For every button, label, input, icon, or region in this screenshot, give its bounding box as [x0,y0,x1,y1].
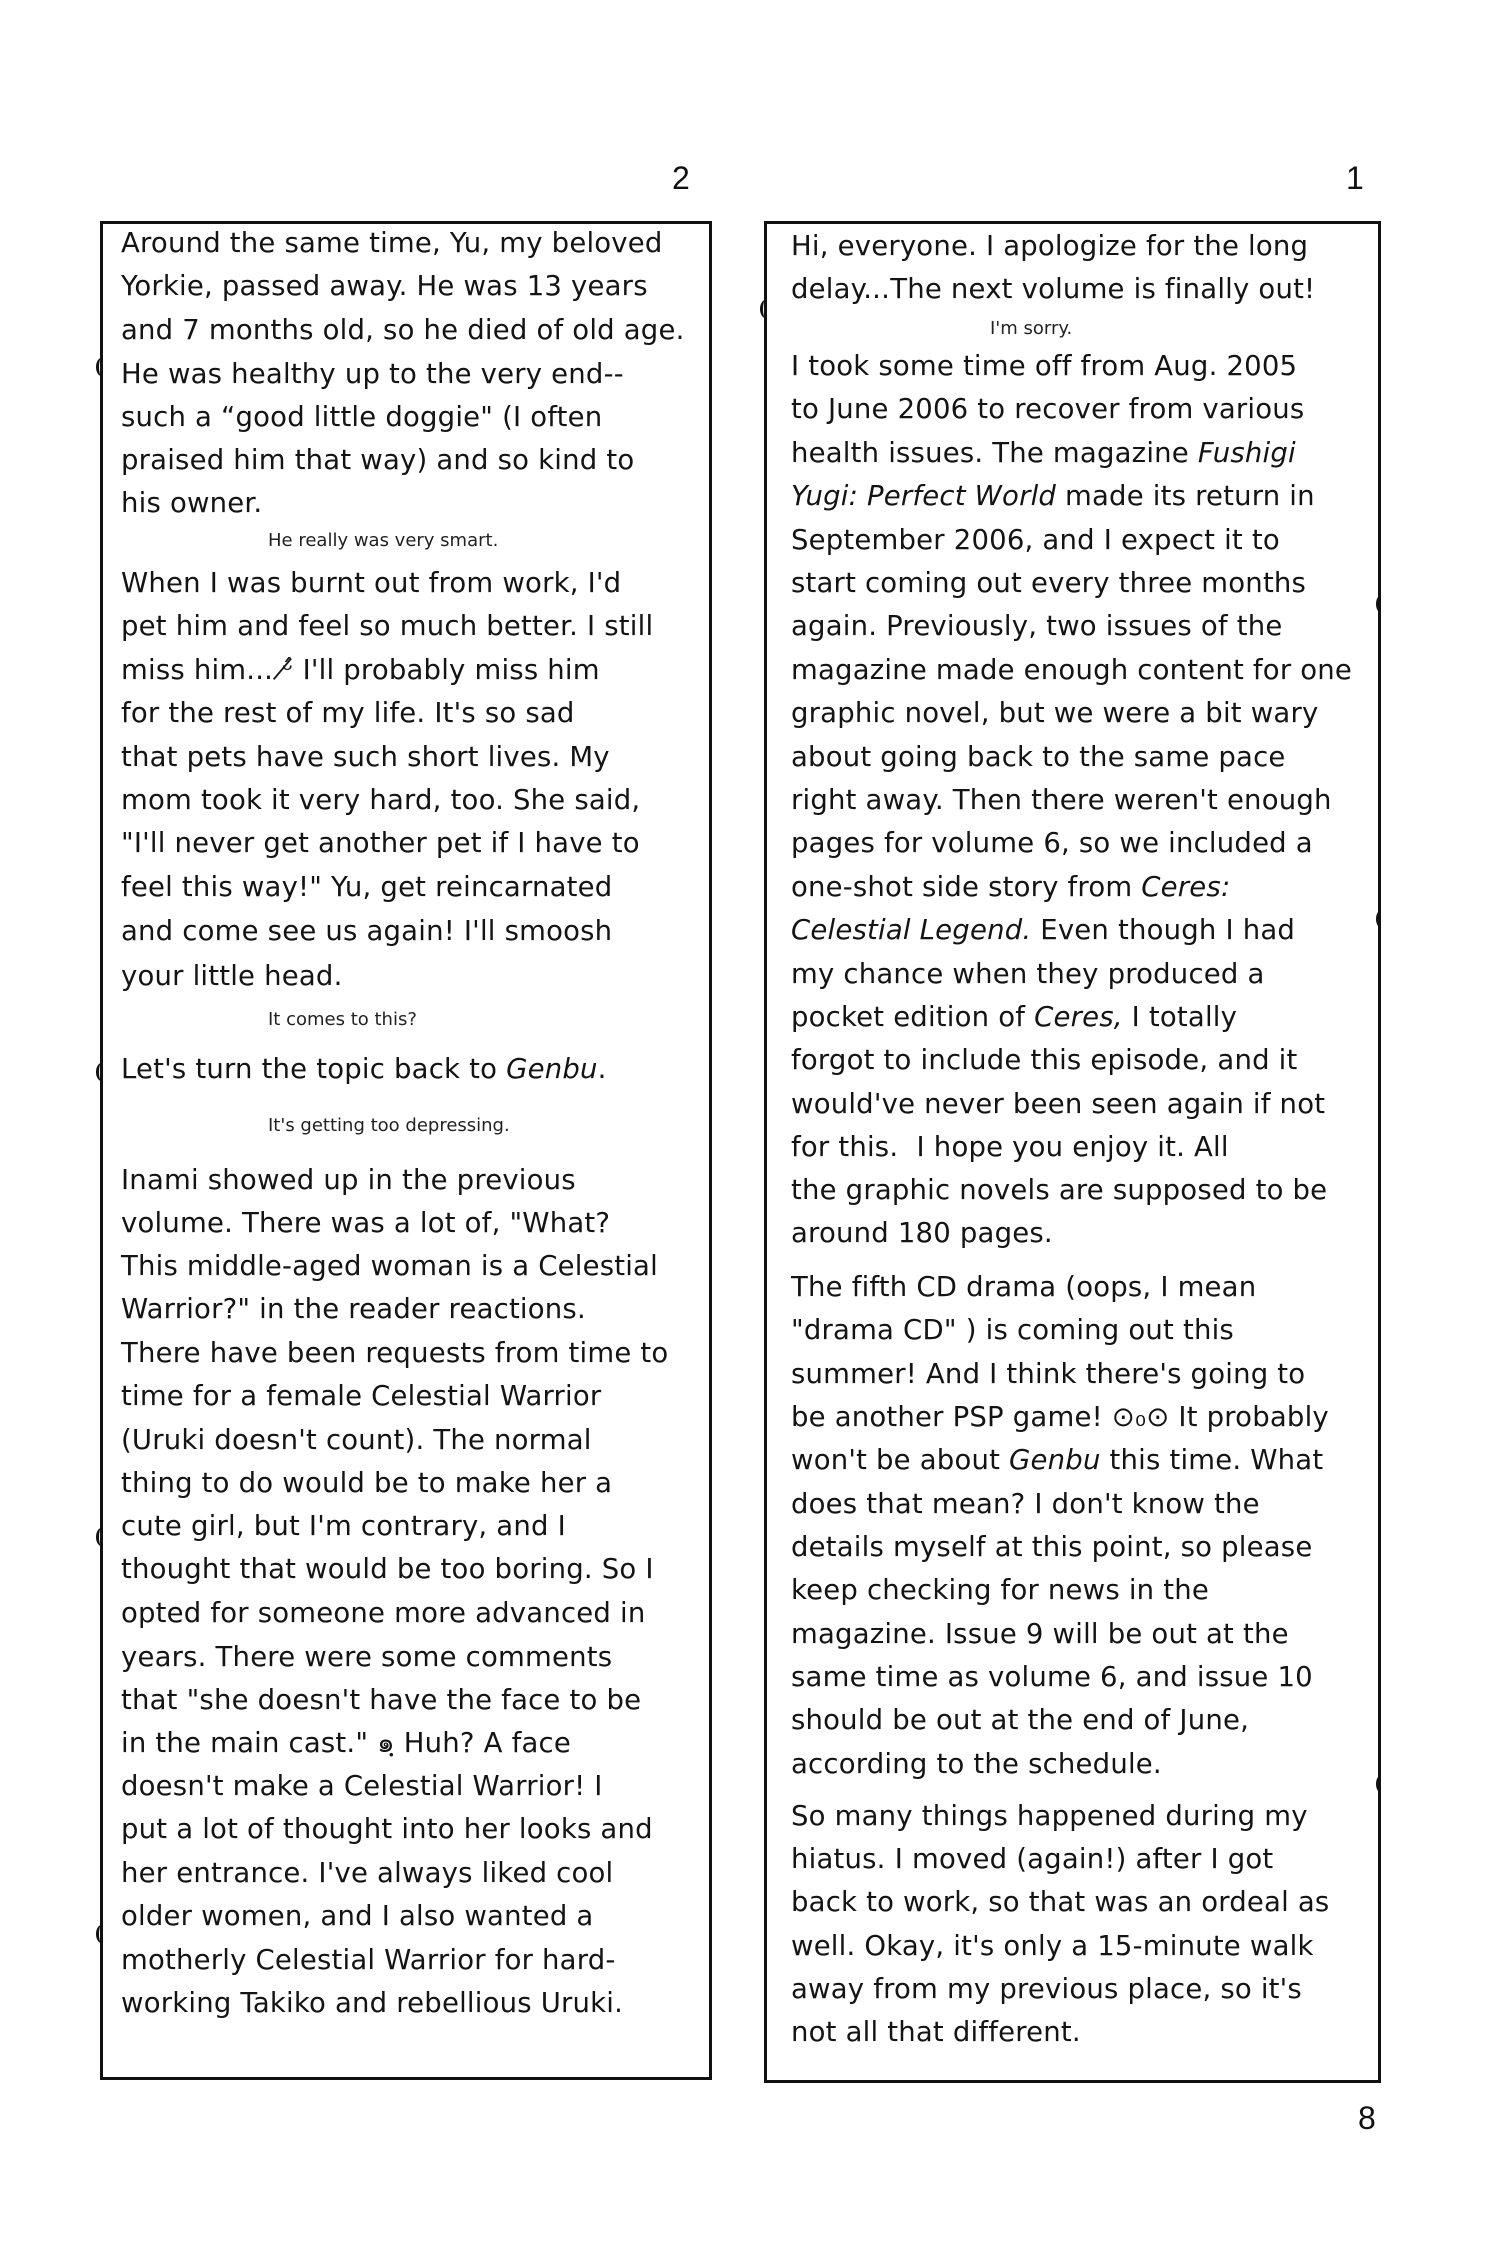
text-line: the graphic novels are supposed to be [791,1169,1327,1211]
text-line: miss him... ᵕ̸́ I'll probably miss him [121,649,600,691]
text-line: her entrance. I've always liked cool [121,1852,613,1894]
text-line: (Uruki doesn't count). The normal [121,1419,592,1461]
text-line: pocket edition of Ceres, I totally [791,996,1237,1038]
border-wobble-decoration [1376,910,1387,928]
page-number-right-column: 1 [1346,158,1364,198]
text-line: So many things happened during my [791,1795,1308,1837]
text-line: in the main cast." ๑ฺ Huh? A face [121,1722,571,1764]
text-line: time for a female Celestial Warrior [121,1375,601,1417]
text-line: thing to do would be to make her a [121,1462,612,1504]
text-line: cute girl, but I'm contrary, and I [121,1505,566,1547]
text-line: not all that different. [791,2011,1081,2053]
border-wobble-decoration [96,358,107,376]
text-line: back to work, so that was an ordeal as [791,1881,1329,1923]
title-fushigi-yugi: Fushigi [1198,437,1296,469]
border-wobble-decoration [96,1925,107,1943]
text-line: around 180 pages. [791,1212,1053,1254]
text-line: for this. ୽୽ I hope you enjoy it. All [791,1126,1229,1168]
text-line: about going back to the same pace [791,736,1286,778]
text-line: keep checking for news in the [791,1569,1209,1611]
text-line: praised him that way) and so kind to [121,439,634,481]
text-line: mom took it very hard, too. She said, [121,779,640,821]
text-line: pet him and feel so much better. I still [121,605,653,647]
text-line: that pets have such short lives. My [121,736,610,778]
text-line: such a “good little doggie" (I often [121,396,602,438]
border-wobble-decoration [760,300,771,318]
text-line: one-shot side story from Ceres: [791,866,1230,908]
text-line: Let's turn the topic back to Genbu. [121,1048,607,1090]
text-line: start coming out every three months [791,562,1306,604]
text-line: September 2006, and I expect it to [791,519,1280,561]
text-line: away from my previous place, so it's [791,1968,1302,2010]
text-line: to June 2006 to recover from various [791,388,1304,430]
text-line: This middle-aged woman is a Celestial [121,1245,658,1287]
text-line: delay...୽The next volume is finally out! [791,268,1315,310]
text-line: hiatus.୽ I moved (again!) after I got [791,1838,1273,1880]
text-line: Warrior?" in the reader reactions. [121,1288,586,1330]
text-line: magazine made enough content for one [791,649,1352,691]
text-line: forgot to include this episode,୽ and it [791,1039,1298,1081]
text-line: magazine. Issue 9 will be out at the [791,1613,1289,1655]
text-line: your little head. [121,955,343,997]
title-ceres: Ceres, [1034,1001,1123,1033]
title-ceres: Celestial Legend. [791,914,1031,946]
aside-note: He really was very smart. [268,528,498,554]
text-line: graphic novel, but we were a bit wary [791,692,1318,734]
text-line: motherly Celestial Warrior for hard- [121,1939,616,1981]
text-line: pages for volume 6, so we included a [791,822,1313,864]
text-line: well. Okay, it's only a 15-minute walk [791,1925,1314,1967]
text-line: "I'll never get another pet if I have to [121,822,640,864]
text-line: his owner. [121,482,262,524]
text-line: should be out at the end of June, [791,1699,1249,1741]
text-line: won't be about Genbu this time. What [791,1439,1323,1481]
text-line: same time as volume 6, and issue 10 [791,1656,1313,1698]
text-line: There have been requests from time to [121,1332,668,1374]
text-line: Yugi: Perfect World made its return in [791,475,1315,517]
text-line: Hi, everyone. I apologize for the long [791,225,1308,267]
aside-note: It's getting too depressing. [268,1113,510,1139]
page-number-footer: 8 [1358,2098,1376,2138]
text-line: opted for someone more advanced in [121,1592,645,1634]
text-line: would've never been seen again if not [791,1083,1325,1125]
title-genbu: Genbu [1009,1444,1101,1476]
text-line: put a lot of thought into her looks and [121,1808,653,1850]
text-line: I took some time off from Aug. 2005 [791,345,1297,387]
aside-note: It comes to this? [268,1007,417,1033]
text-line: and come see us again! I'll smoosh [121,910,612,952]
text-line: details myself at this point, so please [791,1526,1312,1568]
page-number-left-column: 2 [672,158,690,198]
text-line: years. There were some comments [121,1636,612,1678]
text-line: summer! And I think there's going to [791,1353,1305,1395]
text-line: does that mean? I don't know the [791,1483,1260,1525]
text-line: working Takiko and rebellious Uruki. [121,1982,623,2024]
text-line: Inami showed up in the previous [121,1159,576,1201]
border-wobble-decoration [1376,595,1387,613]
text-line: health issues. The magazine Fushigi [791,432,1296,474]
text-line: He was healthy up to the very end-- [121,353,624,395]
text-line: The fifth CD drama (oops, I mean [791,1266,1256,1308]
border-wobble-decoration [96,1528,107,1546]
text-line: that "she doesn't have the face to be [121,1679,641,1721]
text-line: my chance when they produced a [791,953,1265,995]
border-wobble-decoration [96,1063,107,1081]
text-line: according to the schedule. [791,1743,1162,1785]
title-fushigi-yugi: Yugi: Perfect World [791,480,1056,512]
text-line: Celestial Legend. Even though I had [791,909,1295,951]
text-line: again. Previously, two issues of the [791,605,1282,647]
text-line: for the rest of my life. It's so sad [121,692,575,734]
text-line: and 7 months old, so he died of old age. [121,309,685,351]
title-ceres: Ceres: [1141,871,1230,903]
text-line: Around the same time, Yu, my beloved [121,222,663,264]
border-wobble-decoration [1376,1775,1387,1793]
aside-note: I'm sorry. ୽ [990,316,1078,342]
title-genbu: Genbu [506,1053,598,1085]
text-line: be another PSP game! ⊙₀⊙ It probably [791,1396,1329,1438]
text-line: When I was burnt out from work, I'd [121,562,621,604]
text-line: "drama CD" ୽) is coming out this [791,1309,1234,1351]
text-line: thought that would be too boring. So I [121,1548,654,1590]
text-line: feel this way!" Yu, get reincarnated [121,866,612,908]
text-line: Yorkie, passed away. He was 13 years [121,265,648,307]
text-line: volume. There was a lot of, "What? [121,1202,610,1244]
text-line: older women, and I also wanted a [121,1895,593,1937]
text-line: right away. Then there weren't enough [791,779,1332,821]
text-line: doesn't make a Celestial Warrior! I [121,1765,603,1807]
